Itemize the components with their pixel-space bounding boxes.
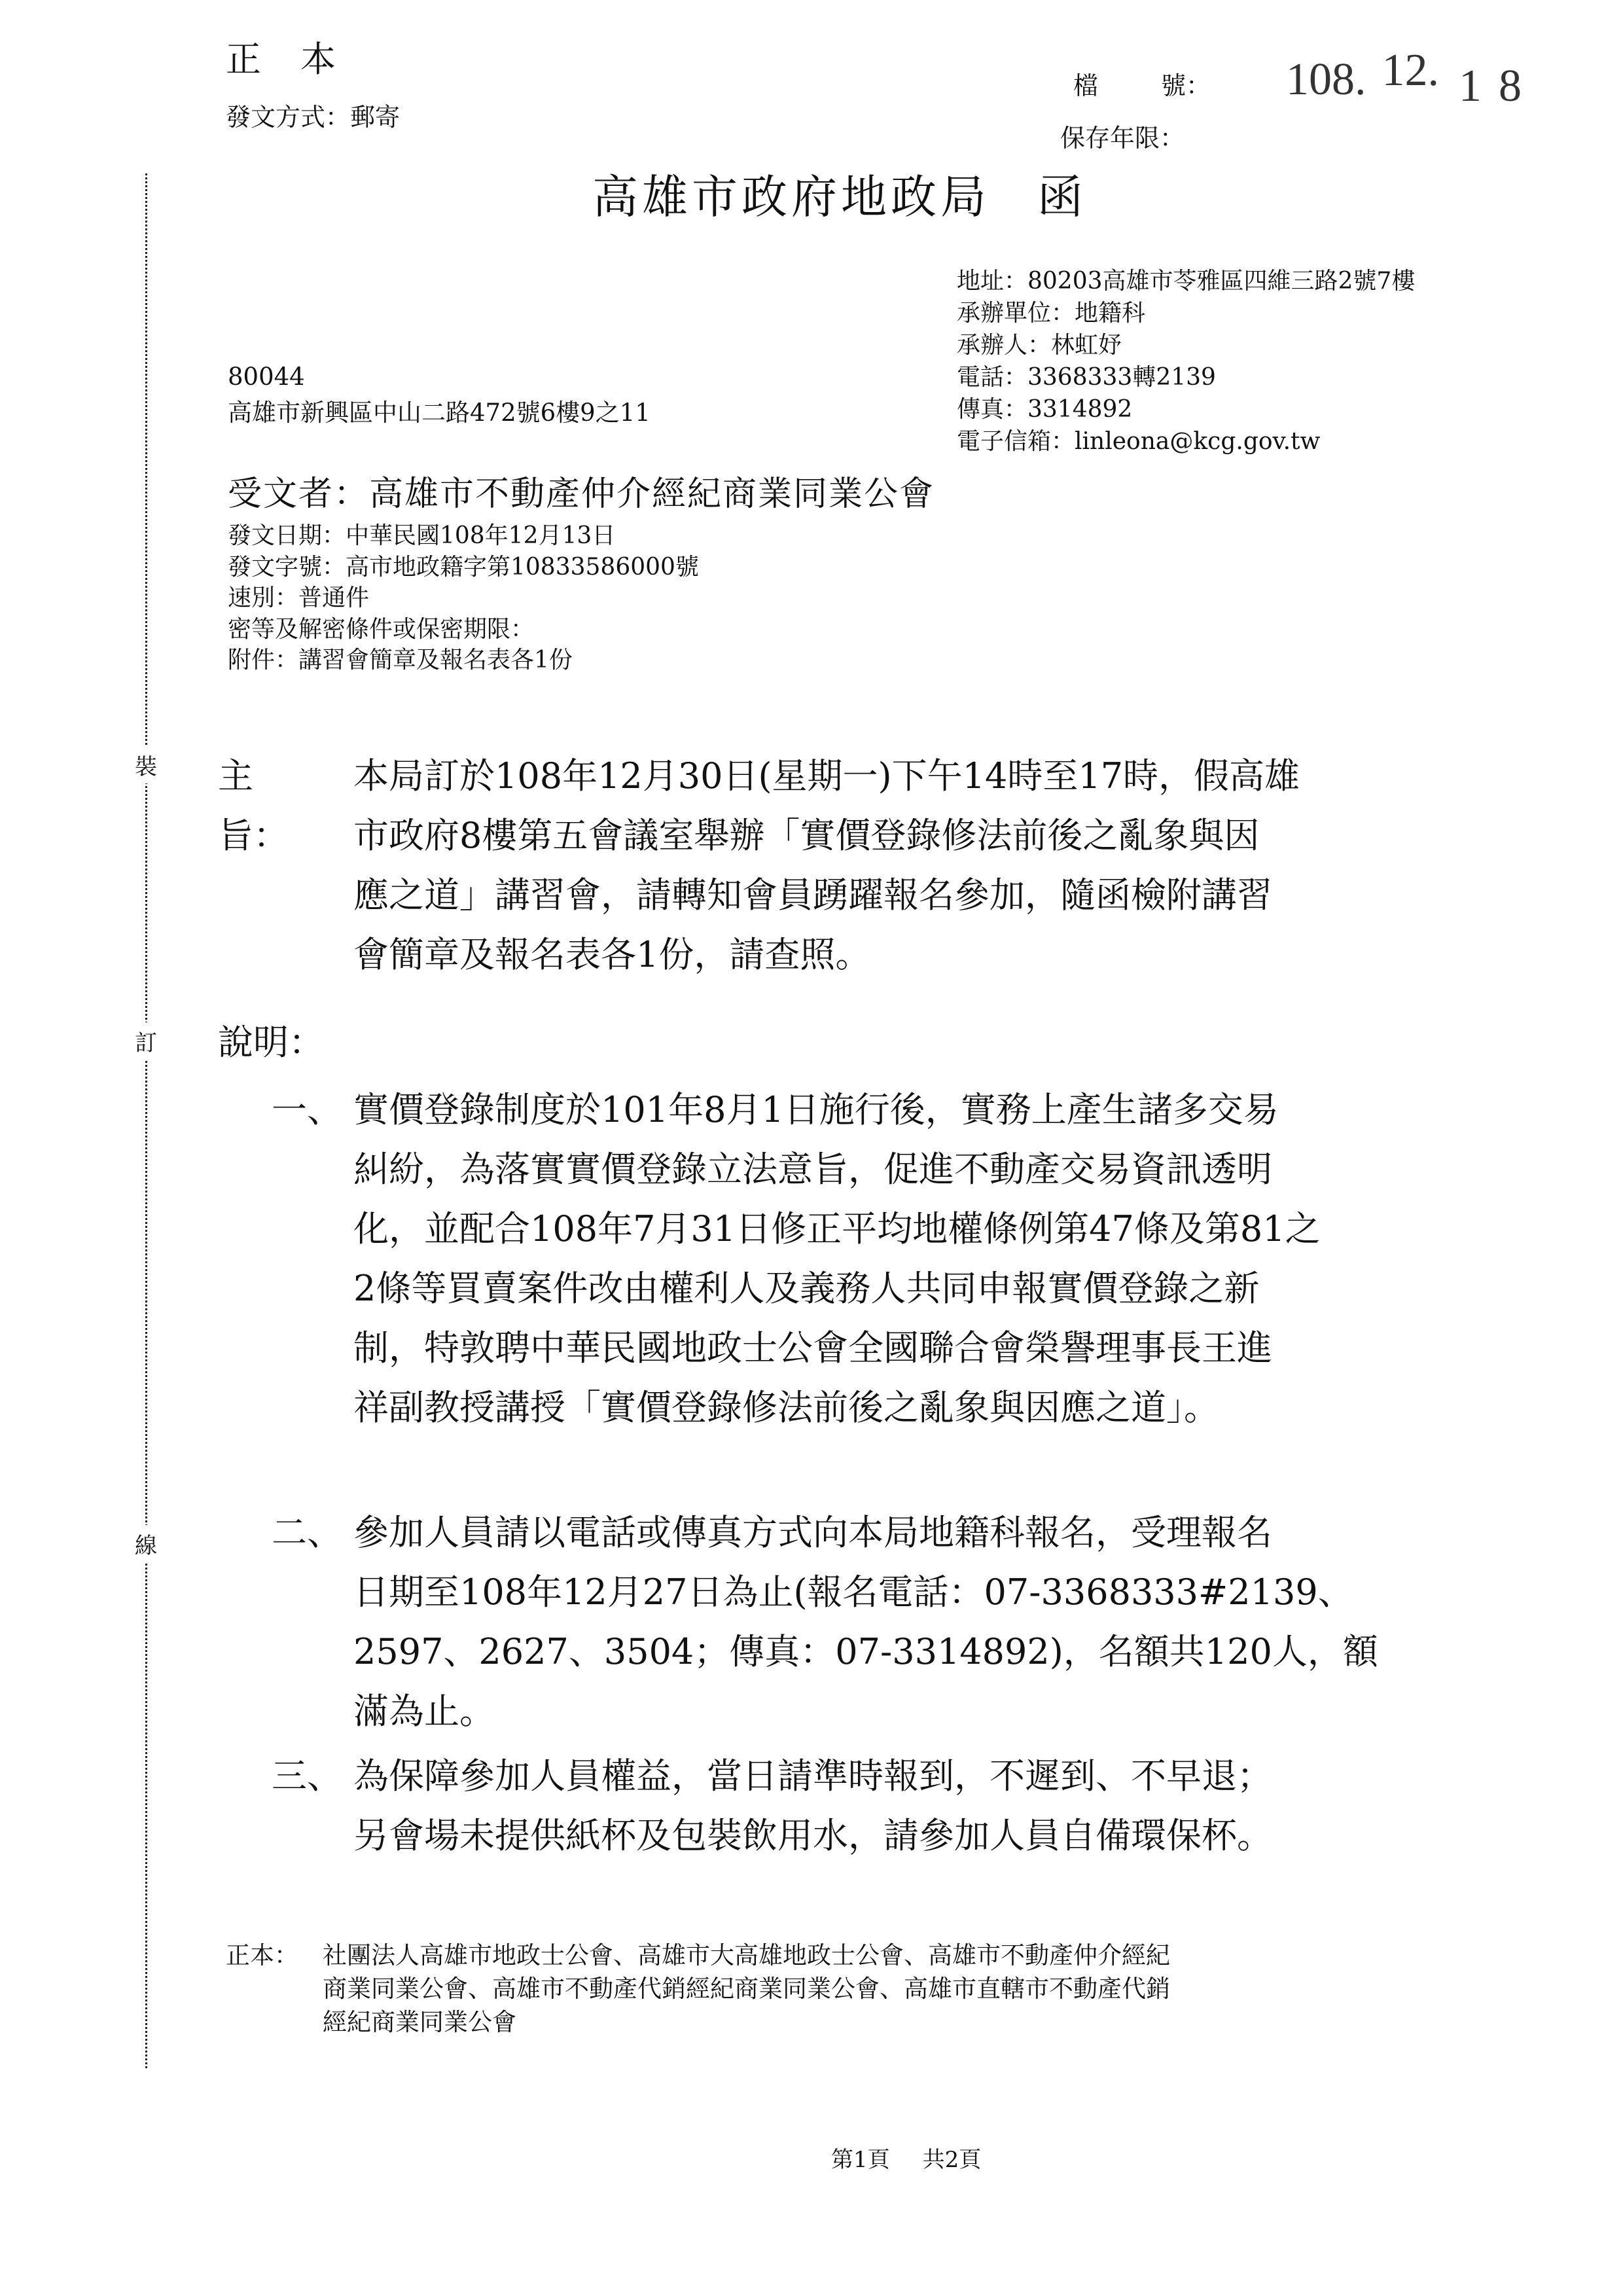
item-line: 另會場未提供紙杯及包裝飲用水，請參加人員自備環保杯。 xyxy=(353,1806,1272,1865)
item-line: 2條等買賣案件改由權利人及義務人共同申報實價登錄之新 xyxy=(353,1259,1321,1318)
document-meta: 發文日期：中華民國108年12月13日 發文字號：高市地政籍字第10833586… xyxy=(228,520,699,676)
received-date-stamp: 108.12.18 xyxy=(1286,54,1539,106)
subject-line: 會簡章及報名表各1份，請查照。 xyxy=(353,925,1300,984)
contact-fax: 傳真：3314892 xyxy=(957,393,1415,425)
carbon-copy-label: 正本： xyxy=(226,1939,298,1972)
document-number: 發文字號：高市地政籍字第10833586000號 xyxy=(228,552,699,583)
attachments: 附件：講習會簡章及報名表各1份 xyxy=(228,645,699,676)
carbon-copy-recipients: 社團法人高雄市地政士公會、高雄市大高雄地政士公會、高雄市不動產仲介經紀 商業同業… xyxy=(323,1939,1170,2039)
file-number-label: 檔號： xyxy=(1073,65,1211,101)
send-method: 發文方式：郵寄 xyxy=(226,97,400,133)
cc-line: 經紀商業同業公會 xyxy=(323,2005,1170,2039)
item-text: 參加人員請以電話或傳真方式向本局地籍科報名，受理報名 日期至108年12月27日… xyxy=(353,1503,1378,1741)
document-type: 函 xyxy=(1037,170,1087,224)
stamp-day: 18 xyxy=(1459,60,1539,113)
file-number-label-b: 號： xyxy=(1161,71,1211,100)
item-line: 糾紛，為落實實價登錄立法意旨，促進不動產交易資訊透明 xyxy=(353,1139,1321,1199)
issue-date: 發文日期：中華民國108年12月13日 xyxy=(228,520,699,552)
item-line: 日期至108年12月27日為止(報名電話：07-3368333#2139、 xyxy=(353,1562,1378,1622)
contact-email: 電子信箱：linleona@kcg.gov.tw xyxy=(957,425,1415,457)
retention-period-label: 保存年限： xyxy=(1060,118,1185,154)
total-pages: 共2頁 xyxy=(923,2147,982,2173)
contact-block: 地址：80203高雄市苓雅區四維三路2號7樓 承辦單位：地籍科 承辦人：林虹妤 … xyxy=(957,265,1415,457)
postal-code: 80044 xyxy=(228,359,651,395)
street-address: 高雄市新興區中山二路472號6樓9之11 xyxy=(228,395,651,431)
binding-mark-zhuang: 裝 xyxy=(135,746,157,783)
item-number: 一、 xyxy=(272,1080,342,1139)
item-line: 化，並配合108年7月31日修正平均地權條例第47條及第81之 xyxy=(353,1199,1321,1259)
stamp-year: 108. xyxy=(1286,54,1366,106)
item-line: 參加人員請以電話或傳真方式向本局地籍科報名，受理報名 xyxy=(353,1503,1378,1562)
stamp-month: 12. xyxy=(1382,45,1440,97)
urgency: 速別：普通件 xyxy=(228,583,699,614)
cc-line: 商業同業公會、高雄市不動產代銷經紀商業同業公會、高雄市直轄市不動產代銷 xyxy=(323,1972,1170,2005)
item-text: 實價登錄制度於101年8月1日施行後，實務上產生諸多交易 糾紛，為落實實價登錄立… xyxy=(353,1080,1321,1437)
page-indicator: 第1頁共2頁 xyxy=(831,2142,981,2174)
contact-address: 地址：80203高雄市苓雅區四維三路2號7樓 xyxy=(957,265,1415,297)
subject-line: 市政府8樓第五會議室舉辦「實價登錄修法前後之亂象與因 xyxy=(353,806,1300,865)
item-line: 滿為止。 xyxy=(353,1681,1378,1741)
document-title: 高雄市政府地政局函 xyxy=(592,160,1087,226)
explanation-label: 說明： xyxy=(218,1014,324,1065)
item-number: 二、 xyxy=(272,1503,342,1562)
copy-mark: 正本 xyxy=(226,31,375,82)
current-page: 第1頁 xyxy=(831,2147,890,2173)
item-text: 為保障參加人員權益，當日請準時報到，不遲到、不早退； 另會場未提供紙杯及包裝飲用… xyxy=(353,1746,1272,1865)
subject-label: 主旨： xyxy=(218,746,289,865)
item-line: 為保障參加人員權益，當日請準時報到，不遲到、不早退； xyxy=(353,1746,1272,1806)
recipient-address: 80044 高雄市新興區中山二路472號6樓9之11 xyxy=(228,359,651,431)
subject-text: 本局訂於108年12月30日(星期一)下午14時至17時，假高雄 市政府8樓第五… xyxy=(353,746,1300,984)
subject-line: 本局訂於108年12月30日(星期一)下午14時至17時，假高雄 xyxy=(353,746,1300,806)
binding-mark-xian: 線 xyxy=(135,1525,157,1562)
binding-line xyxy=(145,173,147,2068)
binding-mark-ding: 訂 xyxy=(135,1022,157,1060)
classification: 密等及解密條件或保密期限： xyxy=(228,614,699,645)
contact-phone: 電話：3368333轉2139 xyxy=(957,361,1415,393)
agency-name: 高雄市政府地政局 xyxy=(592,170,990,224)
item-number: 三、 xyxy=(272,1746,342,1806)
recipient: 受文者：高雄市不動產仲介經紀商業同業公會 xyxy=(228,466,935,515)
contact-person: 承辦人：林虹妤 xyxy=(957,329,1415,361)
item-line: 實價登錄制度於101年8月1日施行後，實務上產生諸多交易 xyxy=(353,1080,1321,1139)
contact-unit: 承辦單位：地籍科 xyxy=(957,297,1415,329)
file-number-label-a: 檔 xyxy=(1073,71,1098,100)
item-line: 制，特敦聘中華民國地政士公會全國聯合會榮譽理事長王進 xyxy=(353,1318,1321,1378)
cc-line: 社團法人高雄市地政士公會、高雄市大高雄地政士公會、高雄市不動產仲介經紀 xyxy=(323,1939,1170,1972)
subject-line: 應之道」講習會，請轉知會員踴躍報名參加，隨函檢附講習 xyxy=(353,865,1300,925)
item-line: 2597、2627、3504；傳真：07-3314892)，名額共120人，額 xyxy=(353,1622,1378,1681)
item-line: 祥副教授講授「實價登錄修法前後之亂象與因應之道」。 xyxy=(353,1378,1321,1437)
